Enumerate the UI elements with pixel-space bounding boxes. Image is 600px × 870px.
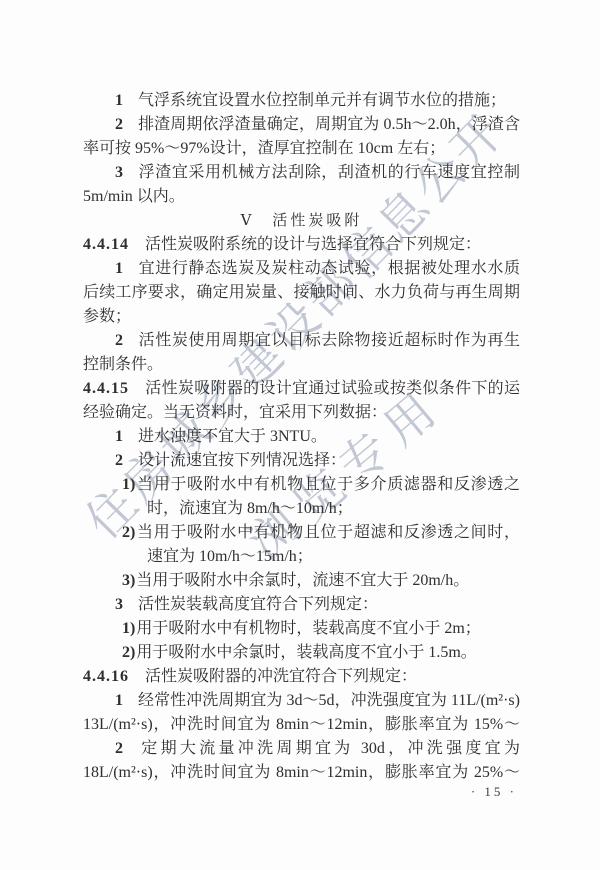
line-text: 活性炭吸附器的冲洗宜符合下列规定： [145,668,417,685]
text-line: 2排渣周期依浮渣量确定，周期宜为 0.5h～2.0h，浮渣含水 [83,113,520,137]
text-line: 13L/(m²·s)，冲洗时间宜为 8min～12min，膨胀率宜为 15%～2… [83,713,520,737]
line-number: 4.4.16 [83,668,129,685]
line-text: 控制条件。 [83,356,163,373]
line-number: 2 [115,452,123,469]
line-text: 当用于吸附水中有机物且位于多介质滤器和反渗透之间 [122,476,520,497]
line-text: Ⅴ 活性炭吸附 [241,213,363,229]
text-line: 18L/(m²·s)，冲洗时间宜为 8min～12min，膨胀率宜为 25%～3… [83,761,520,785]
text-line: 3浮渣宜采用机械方法刮除，刮渣机的行车速度宜控制在 [83,161,520,185]
text-line: 后续工序要求，确定用炭量、接触时间、水力负荷与再生周期等 [83,281,520,305]
line-text: 参数； [83,308,131,325]
text-line: 2设计流速宜按下列情况选择： [83,449,520,473]
line-text: 定期大流量冲洗周期宜为 30d，冲洗强度宜为 15L/(m²·s)～ [115,740,520,761]
text-line: 1)当用于吸附水中有机物且位于多介质滤器和反渗透之间 [83,473,520,497]
line-text: 经验确定。当无资料时，宜采用下列数据： [83,404,387,421]
text-line: 4.4.14活性炭吸附系统的设计与选择宜符合下列规定： [83,233,520,257]
line-text: 速宜为 10m/h～15m/h； [147,548,313,565]
line-number: 2 [115,332,123,349]
line-number: 3 [115,596,123,613]
line-text: 用于吸附水中余氯时，装载高度不宜小于 1.5m。 [136,644,476,661]
line-number: 2) [122,644,135,661]
document-page: 住房城乡建设部信息公开 浏览专用 1气浮系统宜设置水位控制单元并有调节水位的措施… [0,0,600,870]
line-text: 活性炭吸附器的设计宜通过试验或按类似条件下的运行 [83,380,520,401]
line-text: 5m/min 以内。 [83,188,185,205]
line-text: 宜进行静态选炭及炭柱动态试验，根据被处理水水质和 [115,260,520,281]
text-line: 3)当用于吸附水中余氯时，流速不宜大于 20m/h。 [83,569,520,593]
text-line: 经验确定。当无资料时，宜采用下列数据： [83,401,520,425]
document-lines: 1气浮系统宜设置水位控制单元并有调节水位的措施；2排渣周期依浮渣量确定，周期宜为… [83,89,520,785]
line-text: 设计流速宜按下列情况选择： [138,452,346,469]
text-line: 2定期大流量冲洗周期宜为 30d，冲洗强度宜为 15L/(m²·s)～ [83,737,520,761]
text-line: 2活性炭使用周期宜以目标去除物接近超标时作为再生的 [83,329,520,353]
line-text: 进水浊度不宜大于 3NTU。 [138,428,327,445]
text-line: 控制条件。 [83,353,520,377]
line-text: 活性炭使用周期宜以目标去除物接近超标时作为再生的 [115,332,520,353]
page-number: · 15 · [471,784,517,800]
line-text: 率可按 95%～97%设计，渣厚宜控制在 10cm 左右； [83,140,445,157]
line-number: 1 [115,92,123,109]
line-text: 当用于吸附水中余氯时，流速不宜大于 20m/h。 [136,572,469,589]
text-line: 2)用于吸附水中余氯时，装载高度不宜小于 1.5m。 [83,641,520,665]
line-text: 气浮系统宜设置水位控制单元并有调节水位的措施； [138,92,506,109]
line-text: 排渣周期依浮渣量确定，周期宜为 0.5h～2.0h，浮渣含水 [115,116,520,137]
line-text: 用于吸附水中有机物时，装载高度不宜小于 2m； [136,620,480,637]
line-text: 活性炭吸附系统的设计与选择宜符合下列规定： [145,236,481,253]
line-number: 1 [115,260,123,277]
line-number: 4.4.14 [83,236,129,253]
text-line: 4.4.16活性炭吸附器的冲洗宜符合下列规定： [83,665,520,689]
line-number: 3) [122,572,135,589]
text-line: 1气浮系统宜设置水位控制单元并有调节水位的措施； [83,89,520,113]
line-number: 2) [122,524,135,541]
line-number: 1) [122,620,135,637]
line-text: 浮渣宜采用机械方法刮除，刮渣机的行车速度宜控制在 [115,164,520,185]
text-line: 时，流速宜为 8m/h～10m/h； [83,497,520,521]
text-line: 1)用于吸附水中有机物时，装载高度不宜小于 2m； [83,617,520,641]
line-text: 后续工序要求，确定用炭量、接触时间、水力负荷与再生周期等 [83,284,520,305]
text-line: 参数； [83,305,520,329]
text-line: 1经常性冲洗周期宜为 3d～5d，冲洗强度宜为 11L/(m²·s)～ [83,689,520,713]
line-number: 2 [115,116,123,133]
text-line: Ⅴ 活性炭吸附 [83,209,520,233]
text-line: 速宜为 10m/h～15m/h； [83,545,520,569]
line-text: 13L/(m²·s)，冲洗时间宜为 8min～12min，膨胀率宜为 15%～2… [83,716,520,737]
line-text: 当用于吸附水中有机物且位于超滤和反渗透之间时，流 [122,524,520,545]
text-line: 4.4.15活性炭吸附器的设计宜通过试验或按类似条件下的运行 [83,377,520,401]
line-number: 2 [115,740,123,757]
line-number: 3 [115,164,123,181]
line-text: 时，流速宜为 8m/h～10m/h； [147,500,353,517]
text-line: 率可按 95%～97%设计，渣厚宜控制在 10cm 左右； [83,137,520,161]
line-text: 活性炭装载高度宜符合下列规定： [138,596,378,613]
line-text: 18L/(m²·s)，冲洗时间宜为 8min～12min，膨胀率宜为 25%～3… [83,764,520,785]
text-line: 5m/min 以内。 [83,185,520,209]
line-number: 1 [115,692,123,709]
text-line: 1宜进行静态选炭及炭柱动态试验，根据被处理水水质和 [83,257,520,281]
line-number: 1 [115,428,123,445]
text-line: 2)当用于吸附水中有机物且位于超滤和反渗透之间时，流 [83,521,520,545]
line-number: 1) [122,476,135,493]
line-number: 4.4.15 [83,380,129,397]
line-text: 经常性冲洗周期宜为 3d～5d，冲洗强度宜为 11L/(m²·s)～ [115,692,520,713]
text-line: 1进水浊度不宜大于 3NTU。 [83,425,520,449]
text-line: 3活性炭装载高度宜符合下列规定： [83,593,520,617]
